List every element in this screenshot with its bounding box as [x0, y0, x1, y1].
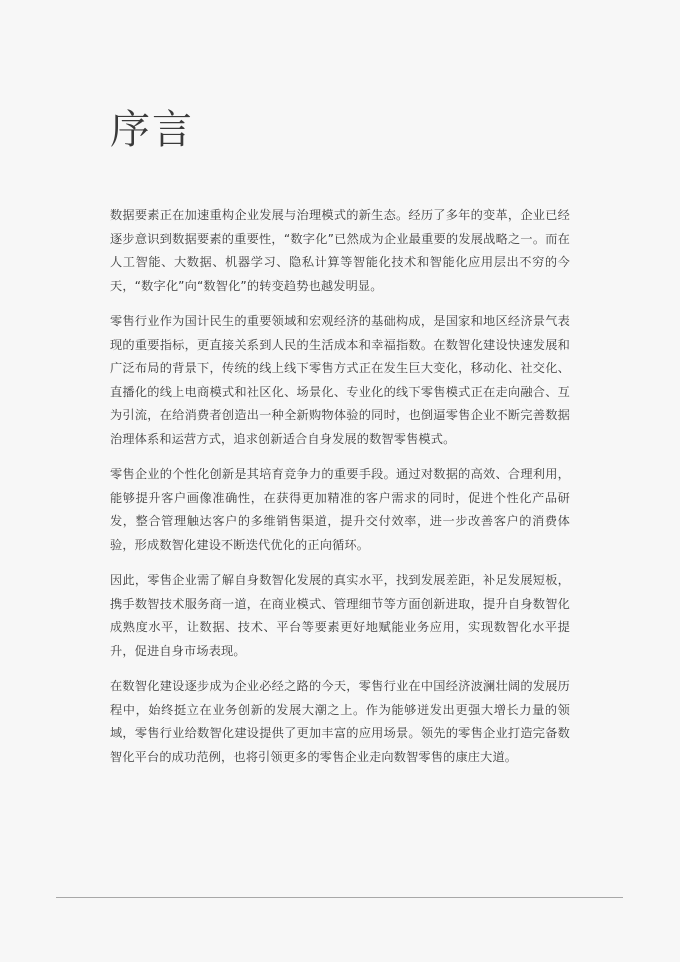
- paragraph-therefore: 因此，零售企业需了解自身数智化发展的真实水平，找到发展差距，补足发展短板，携手数…: [110, 569, 570, 663]
- paragraph-conclusion: 在数智化建设逐步成为企业必经之路的今天，零售行业在中国经济波澜壮阔的发展历程中，…: [110, 675, 570, 769]
- paragraph-data-elements: 数据要素正在加速重构企业发展与治理模式的新生态。经历了多年的变革，企业已经逐步意…: [110, 204, 570, 298]
- paragraph-retail-industry: 零售行业作为国计民生的重要领域和宏观经济的基础构成，是国家和地区经济景气表现的重…: [110, 310, 570, 451]
- footer-divider: [56, 897, 623, 898]
- page-title: 序言: [110, 104, 194, 156]
- preface-body: 数据要素正在加速重构企业发展与治理模式的新生态。经历了多年的变革，企业已经逐步意…: [110, 204, 570, 781]
- paragraph-personalized-innovation: 零售企业的个性化创新是其培育竞争力的重要手段。通过对数据的高效、合理利用，能够提…: [110, 463, 570, 557]
